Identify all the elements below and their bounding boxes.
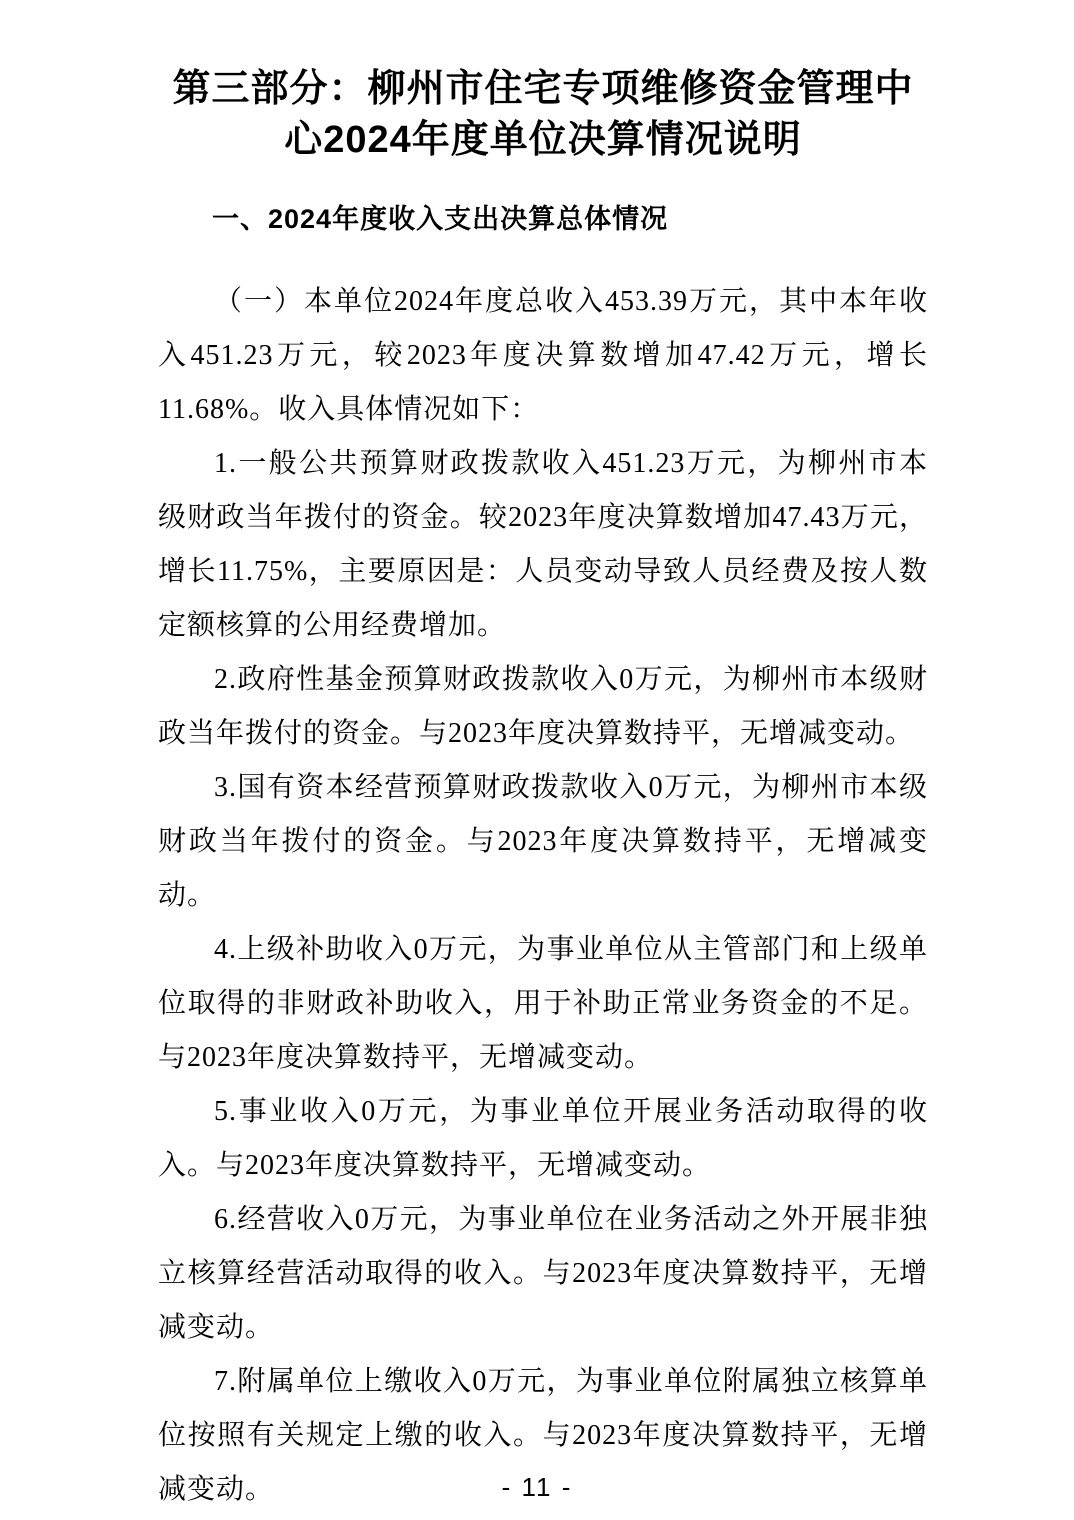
page-number: - 11 - — [0, 1472, 1074, 1503]
paragraph-item-5-operational-income: 5.事业收入0万元，为事业单位开展业务活动取得的收入。与2023年度决算数持平，… — [158, 1085, 928, 1193]
document-body: （一）本单位2024年度总收入453.39万元，其中本年收入451.23万元，较… — [158, 275, 928, 1517]
document-title: 第三部分：柳州市住宅专项维修资金管理中 心2024年度单位决算情况说明 — [158, 64, 928, 166]
paragraph-item-6-business-income: 6.经营收入0万元，为事业单位在业务活动之外开展非独立核算经营活动取得的收入。与… — [158, 1193, 928, 1355]
paragraph-overview: （一）本单位2024年度总收入453.39万元，其中本年收入451.23万元，较… — [158, 275, 928, 437]
section-heading: 一、2024年度收入支出决算总体情况 — [158, 203, 928, 235]
paragraph-item-1-general-budget-income: 1.一般公共预算财政拨款收入451.23万元，为柳州市本级财政当年拨付的资金。较… — [158, 437, 928, 653]
paragraph-item-4-superior-subsidy-income: 4.上级补助收入0万元，为事业单位从主管部门和上级单位取得的非财政补助收入，用于… — [158, 923, 928, 1085]
paragraph-item-3-state-capital-income: 3.国有资本经营预算财政拨款收入0万元，为柳州市本级财政当年拨付的资金。与202… — [158, 761, 928, 923]
document-title-line-1: 第三部分：柳州市住宅专项维修资金管理中 — [158, 64, 928, 115]
document-page: 第三部分：柳州市住宅专项维修资金管理中 心2024年度单位决算情况说明 一、20… — [0, 0, 1074, 1520]
document-title-line-2: 心2024年度单位决算情况说明 — [158, 115, 928, 166]
paragraph-item-2-government-fund-income: 2.政府性基金预算财政拨款收入0万元，为柳州市本级财政当年拨付的资金。与2023… — [158, 653, 928, 761]
